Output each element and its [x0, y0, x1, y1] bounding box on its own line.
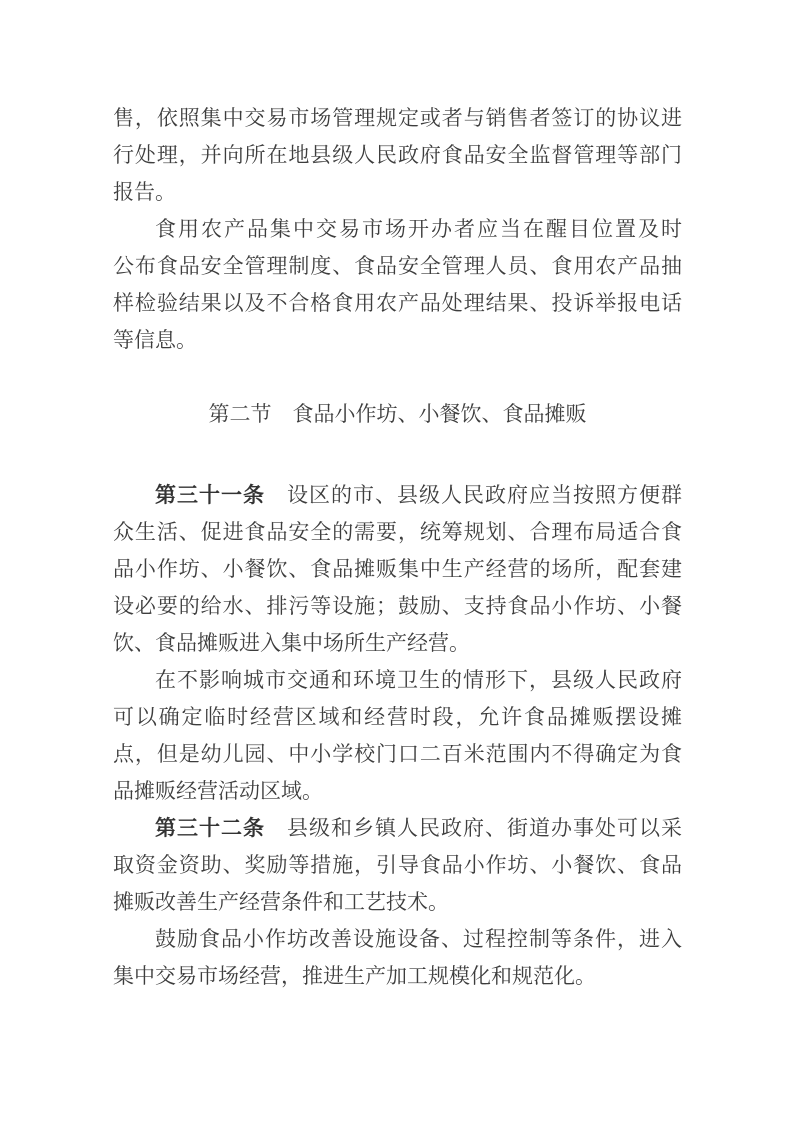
text-line: 食用农产品集中交易市场开办者应当在醒目位置及时: [113, 211, 682, 248]
text-line: 售，依照集中交易市场管理规定或者与销售者签订的协议进: [113, 100, 682, 137]
document-page: 售，依照集中交易市场管理规定或者与销售者签订的协议进行处理，并向所在地县级人民政…: [0, 0, 793, 1122]
text-line: 公布食品安全管理制度、食品安全管理人员、食用农产品抽: [113, 248, 682, 285]
text-line: 等信息。: [113, 322, 682, 359]
text-line: 取资金资助、奖励等措施，引导食品小作坊、小餐饮、食品: [113, 847, 682, 884]
article-text: 设区的市、县级人民政府应当按照方便群: [265, 483, 682, 507]
text-line: 集中交易市场经营，推进生产加工规模化和规范化。: [113, 958, 682, 995]
article-number: 第三十一条: [155, 483, 265, 507]
text-line: 第三十一条 设区的市、县级人民政府应当按照方便群: [113, 477, 682, 514]
text-line: 众生活、促进食品安全的需要，统筹规划、合理布局适合食: [113, 514, 682, 551]
paragraph: 第三十一条 设区的市、县级人民政府应当按照方便群众生活、促进食品安全的需要，统筹…: [113, 477, 682, 662]
text-line: 品小作坊、小餐饮、食品摊贩集中生产经营的场所，配套建: [113, 551, 682, 588]
paragraph: 在不影响城市交通和环境卫生的情形下，县级人民政府可以确定临时经营区域和经营时段，…: [113, 662, 682, 810]
text-line: 第三十二条 县级和乡镇人民政府、街道办事处可以采: [113, 810, 682, 847]
text-line: 鼓励食品小作坊改善设施设备、过程控制等条件，进入: [113, 921, 682, 958]
article-number: 第三十二条: [155, 816, 265, 840]
section-heading-line: 第二节 食品小作坊、小餐饮、食品摊贩: [113, 396, 682, 433]
text-line: 摊贩改善生产经营条件和工艺技术。: [113, 884, 682, 921]
section-heading: 第二节 食品小作坊、小餐饮、食品摊贩: [113, 396, 682, 433]
text-line: 样检验结果以及不合格食用农产品处理结果、投诉举报电话: [113, 285, 682, 322]
paragraph: 鼓励食品小作坊改善设施设备、过程控制等条件，进入集中交易市场经营，推进生产加工规…: [113, 921, 682, 995]
text-line: 设必要的给水、排污等设施；鼓励、支持食品小作坊、小餐: [113, 588, 682, 625]
text-line: 行处理，并向所在地县级人民政府食品安全监督管理等部门: [113, 137, 682, 174]
paragraph: 食用农产品集中交易市场开办者应当在醒目位置及时公布食品安全管理制度、食品安全管理…: [113, 211, 682, 359]
text-line: 可以确定临时经营区域和经营时段，允许食品摊贩摆设摊: [113, 699, 682, 736]
article-text: 县级和乡镇人民政府、街道办事处可以采: [265, 816, 682, 840]
text-line: 报告。: [113, 174, 682, 211]
text-line: 品摊贩经营活动区域。: [113, 773, 682, 810]
document-text-area: 售，依照集中交易市场管理规定或者与销售者签订的协议进行处理，并向所在地县级人民政…: [113, 100, 682, 995]
paragraph: 售，依照集中交易市场管理规定或者与销售者签订的协议进行处理，并向所在地县级人民政…: [113, 100, 682, 211]
text-line: 点，但是幼儿园、中小学校门口二百米范围内不得确定为食: [113, 736, 682, 773]
paragraph: 第三十二条 县级和乡镇人民政府、街道办事处可以采取资金资助、奖励等措施，引导食品…: [113, 810, 682, 921]
text-line: 在不影响城市交通和环境卫生的情形下，县级人民政府: [113, 662, 682, 699]
text-line: 饮、食品摊贩进入集中场所生产经营。: [113, 625, 682, 662]
